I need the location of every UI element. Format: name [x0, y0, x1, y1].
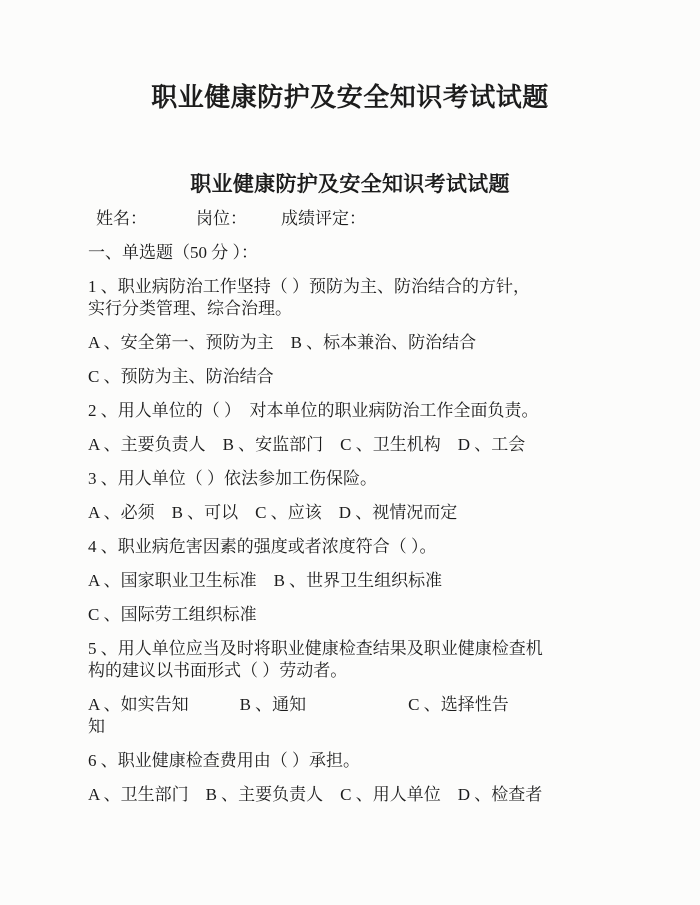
- text-line: A 、国家职业卫生标准 B 、世界卫生组织标准: [88, 570, 660, 592]
- name-label: 姓名：: [96, 209, 147, 228]
- candidate-info-line: 姓名：岗位：成绩评定：: [88, 208, 660, 230]
- text-line: 3 、用人单位（ ）依法参加工伤保险。: [88, 468, 660, 490]
- text-line: 构的建议以书面形式（ ）劳动者。: [88, 660, 660, 682]
- text-line: A 、卫生部门 B 、主要负责人 C 、用人单位 D 、检查者: [88, 784, 660, 806]
- exam-body: 姓名：岗位：成绩评定： 一、单选题（50 分 ）： 1 、职业病防治工作坚持（ …: [0, 208, 700, 806]
- text-line: 4 、职业病危害因素的强度或者浓度符合（ ）。: [88, 536, 660, 558]
- position-label: 岗位：: [196, 209, 247, 228]
- text-line: C 、国际劳工组织标准: [88, 604, 660, 626]
- text-line: C 、预防为主、防治结合: [88, 366, 660, 388]
- section-heading: 一、单选题（50 分 ）：: [88, 242, 660, 264]
- document-page: 职业健康防护及安全知识考试试题 职业健康防护及安全知识考试试题 姓名：岗位：成绩…: [0, 0, 700, 905]
- question-1-stem: 1 、职业病防治工作坚持（ ）预防为主、防治结合的方针，实行分类管理、综合治理。: [88, 276, 660, 320]
- text-line: 2 、用人单位的（ ） 对本单位的职业病防治工作全面负责。: [88, 400, 660, 422]
- question-6-stem: 6 、职业健康检查费用由（ ）承担。: [88, 750, 660, 772]
- question-3-options: A 、必须 B 、可以 C 、应该 D 、视情况而定: [88, 502, 660, 524]
- question-4-stem: 4 、职业病危害因素的强度或者浓度符合（ ）。: [88, 536, 660, 558]
- document-title: 职业健康防护及安全知识考试试题: [0, 78, 700, 118]
- exam-title: 职业健康防护及安全知识考试试题: [0, 170, 700, 198]
- text-line: 1 、职业病防治工作坚持（ ）预防为主、防治结合的方针，: [88, 276, 660, 298]
- text-line: 知: [88, 716, 660, 738]
- question-2-stem: 2 、用人单位的（ ） 对本单位的职业病防治工作全面负责。: [88, 400, 660, 422]
- text-line: 实行分类管理、综合治理。: [88, 298, 660, 320]
- text-line: A 、如实告知 B 、通知 C 、选择性告: [88, 694, 660, 716]
- text-line: A 、必须 B 、可以 C 、应该 D 、视情况而定: [88, 502, 660, 524]
- text-line: 6 、职业健康检查费用由（ ）承担。: [88, 750, 660, 772]
- question-2-options: A 、主要负责人 B 、安监部门 C 、卫生机构 D 、工会: [88, 434, 660, 456]
- question-3-stem: 3 、用人单位（ ）依法参加工伤保险。: [88, 468, 660, 490]
- text-line: A 、主要负责人 B 、安监部门 C 、卫生机构 D 、工会: [88, 434, 660, 456]
- question-5-options: A 、如实告知 B 、通知 C 、选择性告知: [88, 694, 660, 738]
- section-heading-text: 一、单选题（50 分 ）：: [88, 242, 660, 264]
- question-5-stem: 5 、用人单位应当及时将职业健康检查结果及职业健康检查机构的建议以书面形式（ ）…: [88, 638, 660, 682]
- question-6-options: A 、卫生部门 B 、主要负责人 C 、用人单位 D 、检查者: [88, 784, 660, 806]
- question-1-options-c: C 、预防为主、防治结合: [88, 366, 660, 388]
- question-1-options-ab: A 、安全第一、预防为主 B 、标本兼治、防治结合: [88, 332, 660, 354]
- grade-label: 成绩评定：: [281, 209, 366, 228]
- question-4-options-ab: A 、国家职业卫生标准 B 、世界卫生组织标准: [88, 570, 660, 592]
- text-line: A 、安全第一、预防为主 B 、标本兼治、防治结合: [88, 332, 660, 354]
- text-line: 5 、用人单位应当及时将职业健康检查结果及职业健康检查机: [88, 638, 660, 660]
- question-4-options-c: C 、国际劳工组织标准: [88, 604, 660, 626]
